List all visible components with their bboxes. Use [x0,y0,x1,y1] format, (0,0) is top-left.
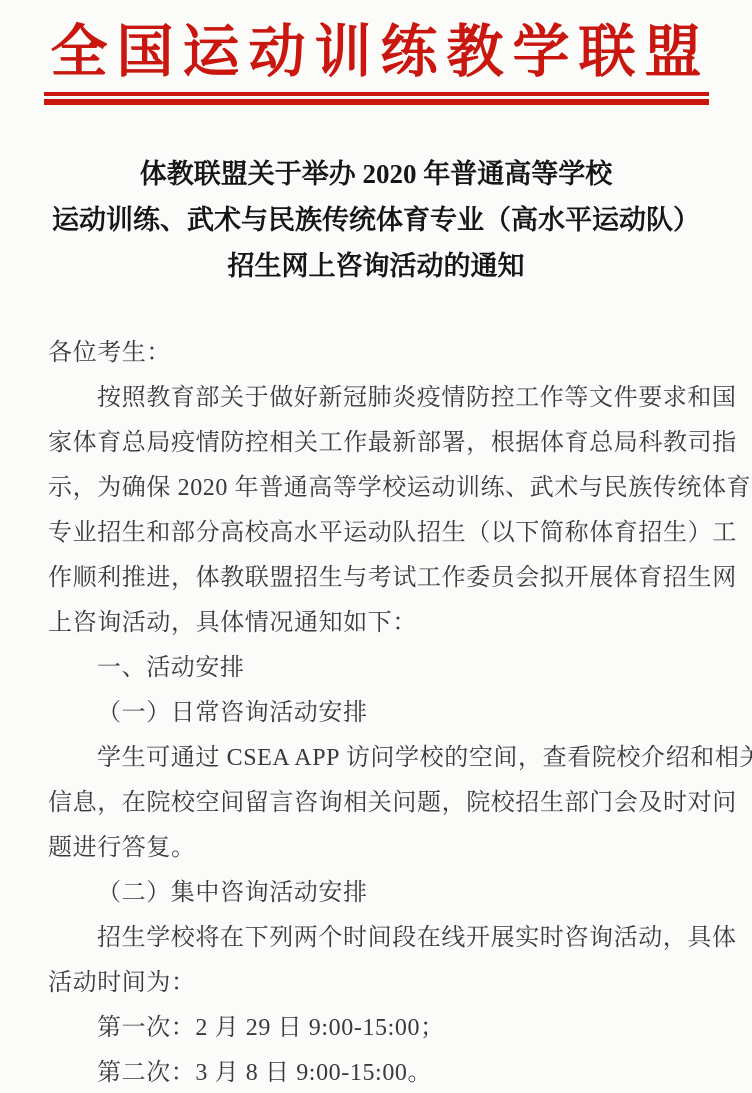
body-text-line: 按照教育部关于做好新冠肺炎疫情防控工作等文件要求和国 [48,376,712,421]
notice-document-page: 全国运动训练教学联盟 体教联盟关于举办 2020 年普通高等学校运动训练、武术与… [0,0,752,1093]
notice-title-line: 招生网上咨询活动的通知 [0,243,752,289]
organization-name: 全国运动训练教学联盟 [42,20,711,86]
body-text-line: 各位考生： [48,331,712,376]
body-text-line: 示，为确保 2020 年普通高等学校运动训练、武术与民族传统体育 [48,466,712,511]
letterhead-rules [44,92,709,105]
body-text-line: 一、活动安排 [48,646,712,691]
notice-body: 各位考生：按照教育部关于做好新冠肺炎疫情防控工作等文件要求和国家体育总局疫情防控… [48,331,712,1093]
body-text-line: 题进行答复。 [48,826,712,871]
notice-title-line: 体教联盟关于举办 2020 年普通高等学校 [0,151,752,197]
body-text-line: 招生学校将在下列两个时间段在线开展实时咨询活动，具体 [48,916,712,961]
body-text-line: 信息，在院校空间留言咨询相关问题，院校招生部门会及时对问 [48,781,712,826]
letterhead-rule-top [44,92,709,96]
body-text-line: 专业招生和部分高校高水平运动队招生（以下简称体育招生）工 [48,511,712,556]
body-text-line: 学生可通过 CSEA APP 访问学校的空间，查看院校介绍和相关 [48,736,712,781]
body-text-line: 家体育总局疫情防控相关工作最新部署，根据体育总局科教司指 [48,421,712,466]
body-text-line: 第一次：2 月 29 日 9:00-15:00； [48,1006,712,1051]
body-text-line: 活动时间为： [48,961,712,1006]
letterhead-rule-bottom [44,99,709,105]
notice-title: 体教联盟关于举办 2020 年普通高等学校运动训练、武术与民族传统体育专业（高水… [0,151,752,289]
body-text-line: 上咨询活动，具体情况通知如下： [48,601,712,646]
body-text-line: 第二次：3 月 8 日 9:00-15:00。 [48,1051,712,1093]
body-text-line: 作顺利推进，体教联盟招生与考试工作委员会拟开展体育招生网 [48,556,712,601]
body-text-line: （二）集中咨询活动安排 [48,871,712,916]
letterhead: 全国运动训练教学联盟 [0,0,752,105]
body-text-line: （一）日常咨询活动安排 [48,691,712,736]
notice-title-line: 运动训练、武术与民族传统体育专业（高水平运动队） [0,197,752,243]
